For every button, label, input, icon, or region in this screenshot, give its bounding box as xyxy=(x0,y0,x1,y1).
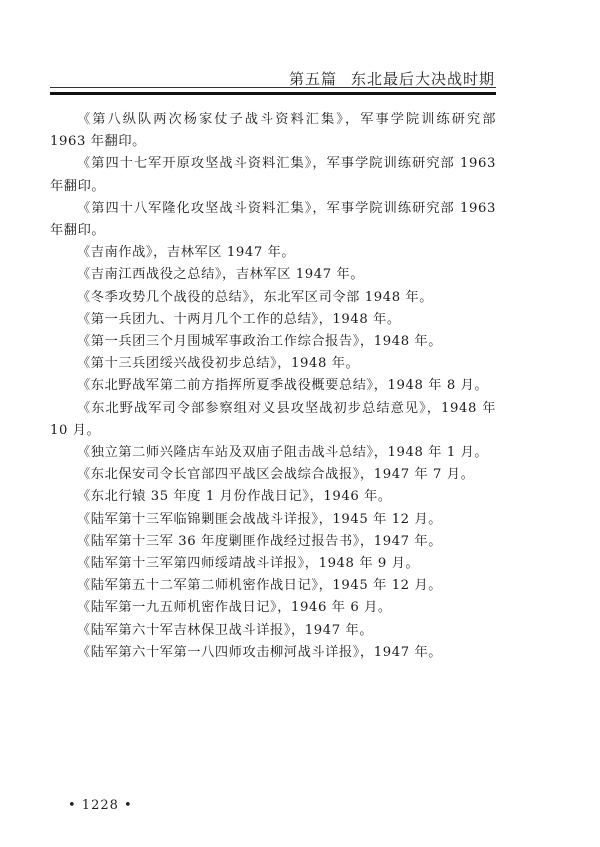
bibliography-entry: 《陆军第六十军第一八四师攻击柳河战斗详报》，1947 年。 xyxy=(50,642,496,664)
bibliography-entry: 《第十三兵团绥兴战役初步总结》，1948 年。 xyxy=(50,353,496,375)
header-section-title: 东北最后大决战时期 xyxy=(351,70,495,88)
bibliography-entry: 《东北行辕 35 年度 1 月份作战日记》，1946 年。 xyxy=(50,486,496,508)
bibliography-entry: 《吉南作战》，吉林军区 1947 年。 xyxy=(50,242,496,264)
bibliography-entry: 《陆军第一九五师机密作战日记》，1946 年 6 月。 xyxy=(50,597,496,619)
bibliography-entry: 《第四十七军开原攻坚战斗资料汇集》，军事学院训练研究部 1963 年翻印。 xyxy=(50,153,496,197)
header-part-label: 第五篇 xyxy=(289,70,337,88)
bibliography-entry: 《东北野战军第二前方指挥所夏季战役概要总结》，1948 年 8 月。 xyxy=(50,375,496,397)
header-rule-thick xyxy=(50,92,496,95)
bibliography-entry: 《陆军第六十军吉林保卫战斗详报》，1947 年。 xyxy=(50,620,496,642)
bibliography-entry: 《独立第二师兴隆店车站及双庙子阻击战斗总结》，1948 年 1 月。 xyxy=(50,442,496,464)
bibliography-entry: 《冬季攻势几个战役的总结》，东北军区司令部 1948 年。 xyxy=(50,287,496,309)
bibliography-entry: 《吉南江西战役之总结》，吉林军区 1947 年。 xyxy=(50,264,496,286)
bibliography-entry: 《陆军第十三军临锦剿匪会战战斗详报》，1945 年 12 月。 xyxy=(50,509,496,531)
bibliography-list: 《第八纵队两次杨家仗子战斗资料汇集》，军事学院训练研究部 1963 年翻印。 《… xyxy=(50,109,496,664)
bibliography-entry: 《东北野战军司令部参察组对义县攻坚战初步总结意见》，1948 年 10 月。 xyxy=(50,398,496,442)
bibliography-entry: 《陆军第五十二军第二师机密作战日记》，1945 年 12 月。 xyxy=(50,575,496,597)
bibliography-entry: 《第八纵队两次杨家仗子战斗资料汇集》，军事学院训练研究部 1963 年翻印。 xyxy=(50,109,496,153)
bibliography-entry: 《陆军第十三军 36 年度剿匪作战经过报告书》，1947 年。 xyxy=(50,531,496,553)
header-title: 第五篇东北最后大决战时期 xyxy=(289,68,495,89)
page-number: • 1228 • xyxy=(68,798,133,813)
bibliography-entry: 《陆军第十三军第四师绥靖战斗详报》，1948 年 9 月。 xyxy=(50,553,496,575)
header-rule-thin xyxy=(50,87,496,88)
bibliography-entry: 《第一兵团九、十两月几个工作的总结》，1948 年。 xyxy=(50,309,496,331)
bibliography-entry: 《第四十八军隆化攻坚战斗资料汇集》，军事学院训练研究部 1963 年翻印。 xyxy=(50,198,496,242)
bibliography-entry: 《东北保安司令长官部四平战区会战综合战报》，1947 年 7 月。 xyxy=(50,464,496,486)
bibliography-entry: 《第一兵团三个月围城军事政治工作综合报告》，1948 年。 xyxy=(50,331,496,353)
